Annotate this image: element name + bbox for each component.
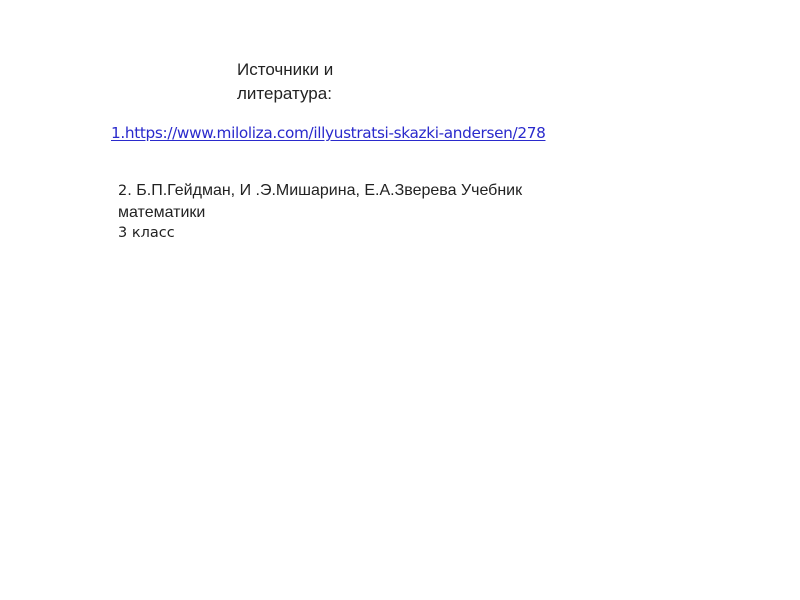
source-link-1[interactable]: 1.https://www.miloliza.com/illyustratsi-… [111, 122, 545, 144]
source-reference-2: 2. Б.П.Гейдман, И .Э.Мишарина, Е.А.Звере… [118, 180, 638, 244]
heading-line-1: Источники и [237, 58, 387, 82]
sources-heading: Источники и литература: [237, 58, 387, 106]
reference-2-line-2: математики [118, 202, 638, 223]
reference-2-grade: 3 класс [118, 223, 638, 244]
reference-2-line-1: 2. Б.П.Гейдман, И .Э.Мишарина, Е.А.Звере… [118, 180, 638, 202]
slide: Источники и литература: 1.https://www.mi… [0, 0, 800, 600]
heading-line-2: литература: [237, 82, 387, 106]
reference-2-number: 2. [118, 183, 132, 199]
reference-2-authors: Б.П.Гейдман, И .Э.Мишарина, Е.А.Зверева … [132, 182, 522, 199]
